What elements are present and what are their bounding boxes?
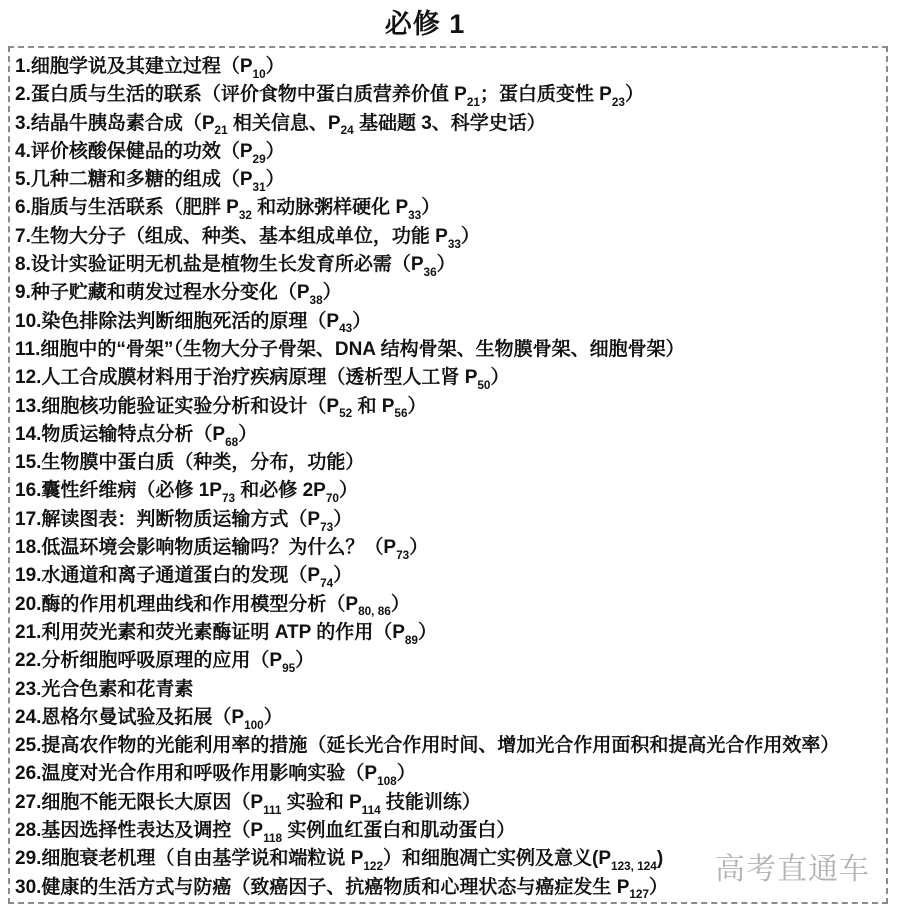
list-item: 17.解读图表：判断物质运输方式（P73） — [15, 506, 882, 534]
list-item: 2.蛋白质与生活的联系（评价食物中蛋白质营养价值 P21；蛋白质变性 P23） — [15, 81, 882, 109]
topic-list-box: 1.细胞学说及其建立过程（P10） 2.蛋白质与生活的联系（评价食物中蛋白质营养… — [8, 46, 888, 904]
list-item: 1.细胞学说及其建立过程（P10） — [15, 53, 882, 81]
list-item: 10.染色排除法判断细胞死活的原理（P43） — [15, 308, 882, 336]
list-item: 14.物质运输特点分析（P68） — [15, 421, 882, 449]
list-item: 12.人工合成膜材料用于治疗疾病原理（透析型人工肾 P50） — [15, 364, 882, 392]
list-item: 3.结晶牛胰岛素合成（P21 相关信息、P24 基础题 3、科学史话） — [15, 110, 882, 138]
page-title: 必修 1 — [0, 2, 850, 41]
list-item: 26.温度对光合作用和呼吸作用影响实验（P108） — [15, 760, 882, 788]
list-item: 13.细胞核功能验证实验分析和设计（P52 和 P56） — [15, 393, 882, 421]
list-item: 21.利用荧光素和荧光素酶证明 ATP 的作用（P89） — [15, 619, 882, 647]
list-item: 16.囊性纤维病（必修 1P73 和必修 2P70） — [15, 477, 882, 505]
list-item: 7.生物大分子（组成、种类、基本组成单位，功能 P33） — [15, 223, 882, 251]
list-item: 18.低温环境会影响物质运输吗？为什么？（P73） — [15, 534, 882, 562]
list-item: 15.生物膜中蛋白质（种类，分布，功能） — [15, 449, 882, 477]
list-item: 23.光合色素和花青素 — [15, 676, 882, 704]
list-item: 24.恩格尔曼试验及拓展（P100） — [15, 704, 882, 732]
list-item: 9.种子贮藏和萌发过程水分变化（P38） — [15, 279, 882, 307]
list-item: 4.评价核酸保健品的功效（P29） — [15, 138, 882, 166]
list-item: 6.脂质与生活联系（肥胖 P32 和动脉粥样硬化 P33） — [15, 194, 882, 222]
list-item: 25.提高农作物的光能利用率的措施（延长光合作用时间、增加光合作用面积和提高光合… — [15, 732, 882, 760]
list-item: 22.分析细胞呼吸原理的应用（P95） — [15, 647, 882, 675]
list-item: 11.细胞中的“骨架”（生物大分子骨架、DNA 结构骨架、生物膜骨架、细胞骨架） — [15, 336, 882, 364]
watermark: 高考直通车 — [715, 844, 870, 888]
list-item: 20.酶的作用机理曲线和作用模型分析（P80, 86） — [15, 591, 882, 619]
list-item: 8.设计实验证明无机盐是植物生长发育所必需（P36） — [15, 251, 882, 279]
list-item: 19.水通道和离子通道蛋白的发现（P74） — [15, 562, 882, 590]
list-item: 5.几种二糖和多糖的组成（P31） — [15, 166, 882, 194]
list-item: 28.基因选择性表达及调控（P118 实例血红蛋白和肌动蛋白） — [15, 817, 882, 845]
list-item: 27.细胞不能无限长大原因（P111 实验和 P114 技能训练） — [15, 789, 882, 817]
